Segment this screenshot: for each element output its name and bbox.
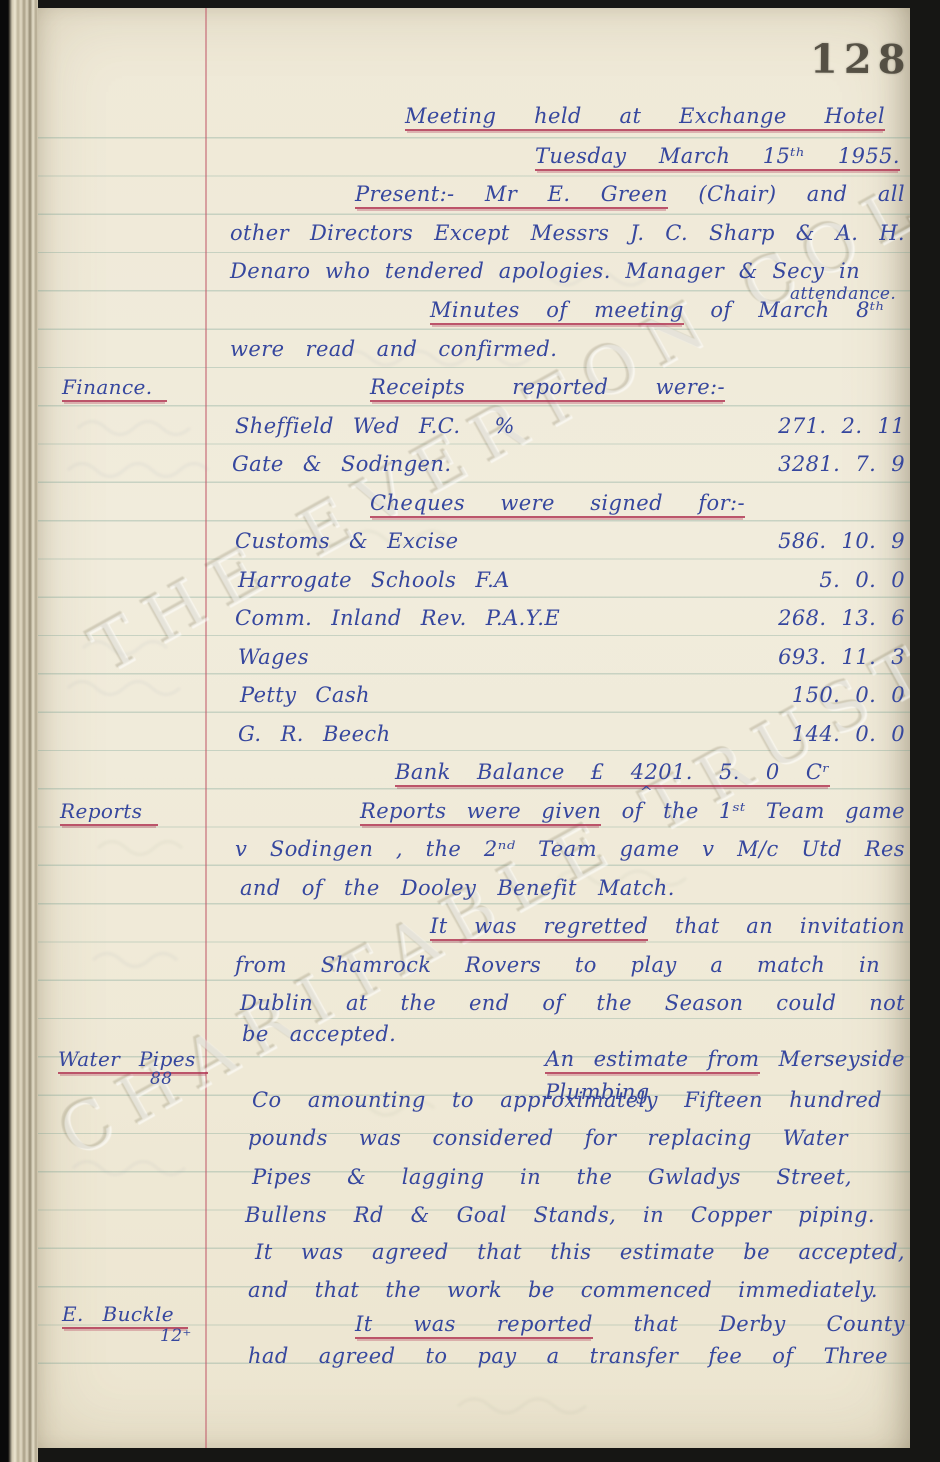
account-mark: % [494,414,514,438]
receipt-row: Sheffield Wed F.C.% [235,410,515,443]
cheque-row: Wages [238,641,309,674]
scanned-minute-book-photo: THE EVERTON COLLECTION CHARITABLE TRUST … [0,0,940,1462]
receipt-row: Gate & Sodingen. [232,448,451,481]
buckle-line2: had agreed to pay a transfer fee of Thre… [248,1340,888,1373]
water-pipes-line7: and that the work be commenced immediate… [248,1274,878,1307]
confirmed-line: were read and confirmed. [230,333,557,366]
cheque-row: Comm. Inland Rev. P.A.Y.E [235,602,560,635]
cheque-row: Harrogate Schools F.A [238,564,510,597]
cheque-amount: 5. 0. 0 [735,564,905,597]
minutes-confirmed-line: Minutes of meeting of March 8ᵗʰ [430,294,885,327]
margin-note-finance: Finance. [62,371,167,404]
water-pipes-line3: pounds was considered for replacing Wate… [248,1122,848,1155]
water-pipes-line4: Pipes & lagging in the Gwladys Street, [252,1161,852,1194]
margin-note-reports: Reports [60,795,158,828]
apologies-line: Denaro who tendered apologies. Manager &… [230,255,860,288]
cheques-heading: Cheques were signed for:- [370,487,745,520]
meeting-date-line: Tuesday March 15ᵗʰ 1955. [535,140,900,173]
water-pipes-line1: An estimate from Merseyside Plumbing [545,1043,905,1076]
receipt-amount: 3281. 7. 9 [735,448,905,481]
regret-line1: It was regretted that an invitation [430,910,905,943]
buckle-line1: It was reported that Derby County [355,1308,905,1341]
bank-balance-line: Bank Balance £ 4201. 5. 0 Cʳ [395,756,830,789]
regret-line4: be accepted. [242,1018,396,1051]
regret-line2: from Shamrock Rovers to play a match in [235,949,880,982]
reports-line3: and of the Dooley Benefit Match. [240,872,675,905]
water-pipes-line6: It was agreed that this estimate be acce… [255,1236,905,1269]
directors-line: other Directors Except Messrs J. C. Shar… [230,217,905,250]
receipts-heading: Receipts reported were:- [370,371,725,404]
cheque-amount: 586. 10. 9 [735,525,905,558]
minute-book-page: THE EVERTON COLLECTION CHARITABLE TRUST … [38,8,910,1448]
cheque-row: Customs & Excise [235,525,458,558]
cheque-amount: 144. 0. 0 [735,718,905,751]
margin-note-water-pipes: Water Pipes [58,1043,208,1076]
water-pipes-line5: Bullens Rd & Goal Stands, in Copper pipi… [245,1199,875,1232]
regret-line3: Dublin at the end of the Season could no… [240,987,905,1020]
book-binding-edge [0,0,38,1462]
reports-line1: Reports were given of the 1ˢᵗ Team game [360,795,905,828]
reports-line2: v Sodingen , the 2ⁿᵈ Team game v M/c Utd… [235,833,905,866]
margin-number-buckle: 12⁺ [160,1325,192,1347]
cheque-amount: 268. 13. 6 [735,602,905,635]
water-pipes-line2: Co amounting to approximately Fifteen hu… [252,1084,882,1117]
cheque-amount: 693. 11. 3 [735,641,905,674]
page-number-stamp: 128 [810,36,910,84]
receipt-amount: 271. 2. 11 [735,410,905,443]
meeting-title-line: Meeting held at Exchange Hotel [405,100,885,133]
present-line: Present:- Mr E. Green (Chair) and all [355,178,905,211]
cheque-amount: 150. 0. 0 [735,679,905,712]
cheque-row: G. R. Beech [238,718,391,751]
margin-number-water-pipes: 88 [150,1068,172,1090]
cheque-row: Petty Cash [240,679,370,712]
